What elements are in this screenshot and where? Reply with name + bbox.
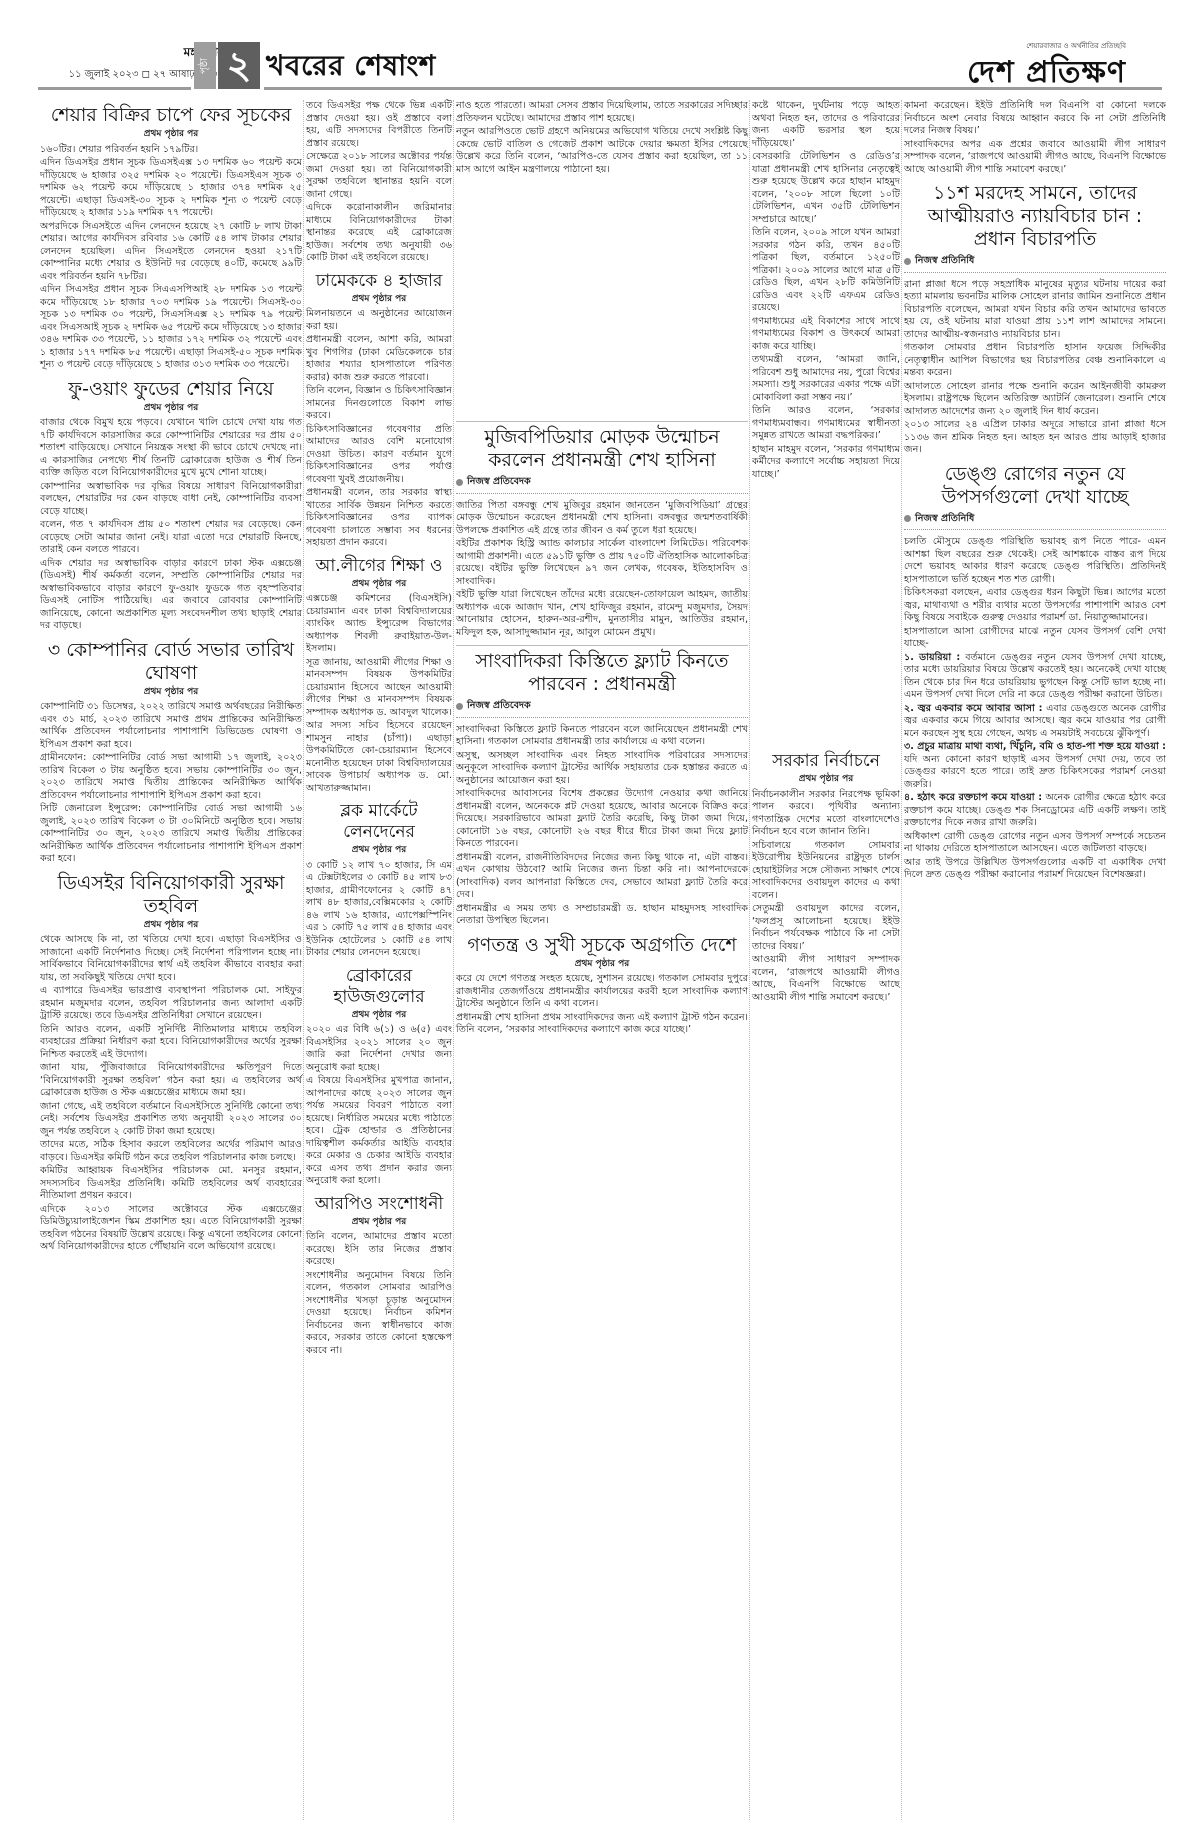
headline[interactable]: সাংবাদিকরা কিস্তিতে ফ্ল্যাট কিনতে পারবেন… <box>456 645 748 696</box>
paragraph: গতকাল সোমবার প্রধান বিচারপতি হাসান ফয়েজ… <box>904 342 1166 380</box>
paragraph: রানা প্লাজা ধসে পড়ে সহস্রাধিক মানুষের ম… <box>904 279 1166 342</box>
continued-from: প্রথম পৃষ্ঠার পর <box>40 128 302 141</box>
divider <box>904 272 1166 273</box>
paragraph: এদিক শেয়ার দর অস্বাভাবিক বাড়ার কারণে ঢ… <box>40 558 302 633</box>
continued-from: প্রথম পৃষ্ঠার পর <box>456 958 748 971</box>
column-divider <box>901 100 902 1820</box>
byline: নিজস্ব প্রতিনিধি <box>904 255 1166 268</box>
paragraph: কমিটির আহ্বায়ক বিএসইসির পরিচালক মো. মনস… <box>40 1165 302 1203</box>
headline[interactable]: ঢামেককে ৪ হাজার <box>306 271 452 292</box>
paragraph: এদিকে ২০১৩ সালের অক্টোবরে স্টক এক্সচেঞ্জ… <box>40 1204 302 1254</box>
paragraph: এদিন ডিএসইর প্রধান সূচক ডিএসইএক্স ১৩ দশম… <box>40 157 302 220</box>
headline[interactable]: গণতন্ত্র ও সুখী সূচকে অগ্রগতি দেশে <box>456 934 748 957</box>
paragraph: হাসপাতালে আসা রোগীদের মাঝে নতুন যেসব উপস… <box>904 626 1166 651</box>
paragraph: অসুস্থ, অসচ্ছল সাংবাদিক এবং নিহত সাংবাদি… <box>456 750 748 788</box>
paragraph: সংশোধনীর অনুমোদন বিষয়ে তিনি বলেন, গতকাল… <box>306 1270 452 1358</box>
headline[interactable]: আরপিও সংশোধনী <box>306 1194 452 1215</box>
paragraph: এদিকে করোনাকালীন জরিমানার মাধ্যমে বিনিয়… <box>306 202 452 265</box>
story-hasan-quote: কষ্টে থাকেন, দুর্ঘটনায় পড়ে আহত অথবা নি… <box>752 100 900 481</box>
paragraph: নাও হতে পারতো। আমরা সেসব প্রস্তাব দিয়েছ… <box>456 100 748 125</box>
headline[interactable]: ১১শ মরদেহ সামনে, তাদের আত্মীয়রাও ন্যায়… <box>904 182 1166 251</box>
paragraph: সূত্র জানায়, আওয়ামী লীগের শিক্ষা ও মান… <box>306 657 452 720</box>
continued-from: প্রথম পৃষ্ঠার পর <box>40 919 302 932</box>
headline[interactable]: সরকার নির্বাচনে <box>752 751 900 772</box>
headline[interactable]: ডেঙ্গু রোগের নতুন যে উপসর্গগুলো দেখা যাচ… <box>904 463 1166 509</box>
column-5: কামনা করেছেন। ইইউ প্রতিনিধি দল বিএনপি বা… <box>904 100 1166 888</box>
paragraph: তাদের মতে, সঠিক হিসাব করলে তহবিলের অর্থে… <box>40 1139 302 1164</box>
column-divider <box>749 100 750 1820</box>
paragraph: চিকিৎসাবিজ্ঞানের গবেষণার প্রতি আমাদের আর… <box>306 424 452 487</box>
page-label: পৃষ্ঠা <box>194 42 216 89</box>
paragraph: তিনি আরও বলেন, একটি সুনির্দিষ্ট নীতিমালা… <box>40 1024 302 1062</box>
continued-from: প্রথম পৃষ্ঠার পর <box>306 844 452 857</box>
paragraph: বাজার থেকে বিমুখ হয়ে পড়বে। যেখানে খালি… <box>40 417 302 480</box>
paragraph: প্রধানমন্ত্রী বলেন, রাজনীতিবিদদের নিজের … <box>456 852 748 902</box>
headline[interactable]: শেয়ার বিক্রির চাপে ফের সূচকের <box>40 104 302 127</box>
headline[interactable]: ডিএসইর বিনিয়োগকারী সুরক্ষা তহবিল <box>40 872 302 918</box>
story-block-market: ব্লক মার্কেটে লেনদেনের প্রথম পৃষ্ঠার পর … <box>306 801 452 960</box>
paragraph: করে যে দেশে গণতন্ত্র সংহত হয়েছে, সুশাসন… <box>456 973 748 1011</box>
divider <box>456 717 748 718</box>
paragraph: বইটির প্রকাশক হিস্ট্রি অ্যান্ড কালচার সা… <box>456 538 748 588</box>
symptom-title: ৪. হঠাৎ করে রক্তচাপ কমে যাওয়া : <box>904 792 1042 803</box>
headline[interactable]: মুজিবপিডিয়ার মোড়ক উন্মোচন করলেন প্রধান… <box>456 421 748 472</box>
paragraph: প্রধানমন্ত্রীর এ সময় তথ্য ও সম্প্রচারমন… <box>456 903 748 928</box>
paragraph: তিনি বলেন, ২০০৯ সালে যখন আমরা সরকার গঠন … <box>752 227 900 315</box>
story-govt-election: সরকার নির্বাচনে প্রথম পৃষ্ঠার পর নির্বাচ… <box>752 751 900 1004</box>
headline[interactable]: ব্রোকারের হাউজগুলোর <box>306 966 452 1008</box>
paragraph: কোম্পানির অস্বাভাবিক দর বৃদ্ধির বিষয়ে স… <box>40 481 302 519</box>
story-investor-fund: ডিএসইর বিনিয়োগকারী সুরক্ষা তহবিল প্রথম … <box>40 872 302 1254</box>
continued-from: প্রথম পৃষ্ঠার পর <box>306 578 452 591</box>
section-title: খবরের শেষাংশ <box>266 44 436 91</box>
paragraph: আদালতে সোহেল রানার পক্ষে শুনানি করেন আইন… <box>904 381 1166 419</box>
paragraph: অপরদিকে সিএসইতে এদিন লেনদেন হয়েছে ২৭ কো… <box>40 221 302 284</box>
paragraph: গ্রামীনফোন: কোম্পানিটির বোর্ড সভা আগামী … <box>40 752 302 802</box>
paragraph: এদিন সিএসইর প্রধান সূচক সিএএসপিআই ২৮ দশম… <box>40 284 302 372</box>
paragraph: ২০১৩ সালের ২৪ এপ্রিল ঢাকার অদূরে সাভারে … <box>904 419 1166 457</box>
story-ec-continued: কামনা করেছেন। ইইউ প্রতিনিধি দল বিএনপি বা… <box>904 100 1166 176</box>
column-divider <box>453 100 454 1820</box>
story-share-sale: শেয়ার বিক্রির চাপে ফের সূচকের প্রথম পৃষ… <box>40 104 302 372</box>
symptom-point: ৩. প্রচুর মাত্রায় মাথা ব্যথা, খিঁচুনি, … <box>904 741 1166 791</box>
paragraph: হাছান মাহমুদ বলেন, ‘সরকার গণমাধ্যম কর্মী… <box>752 444 900 482</box>
story-journalists-flat: সাংবাদিকরা কিস্তিতে ফ্ল্যাট কিনতে পারবেন… <box>456 645 748 928</box>
paragraph: মিলনায়তনে এ অনুষ্ঠানের আয়োজন করা হয়। <box>306 308 452 333</box>
paragraph: চিকিৎসকরা বলছেন, এবার ডেঙ্গুর ধরন কিছুটা… <box>904 587 1166 625</box>
story-democracy: গণতন্ত্র ও সুখী সূচকে অগ্রগতি দেশে প্রথম… <box>456 934 748 1037</box>
story-mujibpedia: নাও হতে পারতো। আমরা সেসব প্রস্তাব দিয়েছ… <box>456 100 748 639</box>
paragraph: প্রধানমন্ত্রী বলেন, তার সরকার স্বাস্থ্য … <box>306 487 452 550</box>
continued-from: প্রথম পৃষ্ঠার পর <box>40 402 302 415</box>
byline-text: নিজস্ব প্রতিনিধি <box>915 255 974 268</box>
paragraph: সাংবাদিকদের অপর এক প্রশ্নের জবাবে আওয়াম… <box>904 139 1166 177</box>
paragraph: তিনি আরও বলেন, ‘সরকার গণমাধ্যমবান্ধব। গণ… <box>752 405 900 443</box>
paragraph: এ ব্যাপারে ডিএসইর ভারপ্রাপ্ত ব্যবস্থাপনা… <box>40 985 302 1023</box>
column-divider <box>303 100 304 1820</box>
paragraph: বেসরকারি টেলিভিশন ও রেডিও’র যাত্রা প্রধা… <box>752 151 900 226</box>
story-investor-fund-cont: তবে ডিএসইর পক্ষ থেকে ভিন্ন একটি প্রস্তাব… <box>306 100 452 265</box>
paragraph: বইটি ভুক্তি যারা লিখেছেন তাঁদের মধ্যে রয… <box>456 589 748 639</box>
divider <box>904 529 1166 530</box>
paragraph: থেকে আসছে কি না, তা খতিয়ে দেখা হবে। এছা… <box>40 934 302 984</box>
paragraph: জানা গেছে, এই তহবিলে বর্তমানে বিএসইসিতে … <box>40 1101 302 1139</box>
byline: নিজস্ব প্রতিবেদক <box>456 476 748 489</box>
paragraph: প্রধানমন্ত্রী বলেন, আশা করি, আমরা খুব শি… <box>306 334 452 384</box>
paragraph: তথ্যমন্ত্রী বলেন, ‘আমরা জানি, পরিবেশ শুধ… <box>752 354 900 404</box>
paragraph: কষ্টে থাকেন, দুর্ঘটনায় পড়ে আহত অথবা নি… <box>752 100 900 150</box>
paragraph: বলেন, গত ৭ কার্যদিবস প্রায় ৫০ শতাংশ শেয… <box>40 519 302 557</box>
paragraph: আর সদস্য সচিব হিসেবে রয়েছেন শামসুন নাহা… <box>306 720 452 795</box>
paragraph: গণমাধ্যমের এই বিকাশের সাথে সাথে গণমাধ্যম… <box>752 316 900 354</box>
paragraph: এক্সচেঞ্জ কমিশনের (বিএসইসি) চেয়ারম্যান … <box>306 593 452 656</box>
page-number: ২ <box>218 42 260 89</box>
paragraph: আর তাই উপরে উল্লিখিত উপসর্গগুলোর একটি বা… <box>904 857 1166 882</box>
column-1: শেয়ার বিক্রির চাপে ফের সূচকের প্রথম পৃষ… <box>40 100 302 1260</box>
symptom-title: ১. ডায়রিয়া : <box>904 652 960 663</box>
paragraph: তিনি বলেন, বিজ্ঞান ও চিকিৎসাবিজ্ঞান সামন… <box>306 385 452 423</box>
paragraph: প্রধানমন্ত্রী শেখ হাসিনা প্রথম সাংবাদিকদ… <box>456 1012 748 1037</box>
byline-text: নিজস্ব প্রতিনিধি <box>915 513 974 526</box>
paragraph: ২০২০ এর বিধি ৬(১) ও ৬(৫) এবং বিএসইসির ২০… <box>306 1024 452 1074</box>
paragraph: ১৬০টির। শেয়ার পরিবর্তন হয়নি ১৭৯টির। <box>40 144 302 157</box>
continued-from: প্রথম পৃষ্ঠার পর <box>306 293 452 306</box>
paragraph: তবে ডিএসইর পক্ষ থেকে ভিন্ন একটি প্রস্তাব… <box>306 100 452 150</box>
paragraph: সাংবাদিকরা কিস্তিতে ফ্ল্যাট কিনতে পারবেন… <box>456 724 748 749</box>
paragraph: কামনা করেছেন। ইইউ প্রতিনিধি দল বিএনপি বা… <box>904 100 1166 138</box>
continued-from: প্রথম পৃষ্ঠার পর <box>306 1216 452 1229</box>
paragraph: নির্বাচনকালীন সরকার নিরপেক্ষ ভূমিকা পালন… <box>752 789 900 839</box>
paragraph: সেক্ষেত্রে ২০১৮ সালের অক্টোবর পর্যন্ত জম… <box>306 151 452 201</box>
masthead: মঙ্গলবার ১১ জুলাই ২০২৩ ◻ ২৭ আষাঢ় ১৪৩০ প… <box>38 40 1162 90</box>
paragraph: কোম্পানিটি ৩১ ডিসেম্বর, ২০২২ তারিখে সমাপ… <box>40 701 302 751</box>
byline-text: নিজস্ব প্রতিবেদক <box>467 476 531 489</box>
byline-bullet-icon <box>904 515 911 522</box>
symptom-title: ৩. প্রচুর মাত্রায় মাথা ব্যথা, খিঁচুনি, … <box>904 741 1166 752</box>
symptom-text: যদি অন্য কোনো কারণ ছাড়াই এসব উপসর্গ দেখ… <box>904 754 1166 790</box>
paragraph: সেতুমন্ত্রী ওবায়দুল কাদের বলেন, ‘ফলপ্রস… <box>752 903 900 953</box>
story-dmc: ঢামেককে ৪ হাজার প্রথম পৃষ্ঠার পর মিলনায়… <box>306 271 452 550</box>
paragraph: জাতির পিতা বঙ্গবন্ধু শেখ মুজিবুর রহমান জ… <box>456 500 748 538</box>
story-fu-wang: ফু-ওয়াং ফুডের শেয়ার নিয়ে প্রথম পৃষ্ঠা… <box>40 378 302 633</box>
byline: নিজস্ব প্রতিনিধি <box>904 513 1166 526</box>
paragraph: সচিবালয়ে গতকাল সোমবার ইউরোপীয় ইউনিয়নে… <box>752 840 900 903</box>
byline-bullet-icon <box>456 479 463 486</box>
story-board-meeting: ৩ কোম্পানির বোর্ড সভার তারিখ ঘোষণা প্রথম… <box>40 639 302 866</box>
byline-bullet-icon <box>456 703 463 710</box>
paragraph: ৩ কোটি ১২ লাখ ৭০ হাজার, সি এম এ টেক্সটাই… <box>306 860 452 960</box>
masthead-rule-left <box>38 87 191 90</box>
symptom-title: ২. জ্বর একবার কমে আবার আসা : <box>904 703 1042 714</box>
byline-text: নিজস্ব প্রতিবেদক <box>467 700 531 713</box>
paragraph: আওয়ামী লীগ সাধারণ সম্পাদক বলেন, ‘রাজপথে… <box>752 954 900 1004</box>
headline[interactable]: আ.লীগের শিক্ষা ও <box>306 556 452 577</box>
paragraph: চলতি মৌসুমে ডেঙ্গু পরিস্থিতি ভয়াবহ রূপ … <box>904 536 1166 586</box>
story-rpo-amend: আরপিও সংশোধনী প্রথম পৃষ্ঠার পর তিনি বলেন… <box>306 1194 452 1358</box>
symptom-point: ১. ডায়রিয়া : বর্তমানে ডেঙ্গুর নতুন যেস… <box>904 652 1166 702</box>
column-2: তবে ডিএসইর পক্ষ থেকে ভিন্ন একটি প্রস্তাব… <box>306 100 452 1363</box>
symptom-point: ২. জ্বর একবার কমে আবার আসা : এবার ডেঙ্গু… <box>904 703 1166 741</box>
paragraph: জানা যায়, পুঁজিবাজারে বিনিয়োগকারীদের ক… <box>40 1062 302 1100</box>
paragraph: অধিকাংশ রোগী ডেঙ্গু রোগের নতুন এসব উপসর্… <box>904 831 1166 856</box>
story-al-education: আ.লীগের শিক্ষা ও প্রথম পৃষ্ঠার পর এক্সচে… <box>306 556 452 796</box>
column-3: নাও হতে পারতো। আমরা সেসব প্রস্তাব দিয়েছ… <box>456 100 748 1043</box>
column-4: কষ্টে থাকেন, দুর্ঘটনায় পড়ে আহত অথবা নি… <box>752 100 900 1010</box>
paragraph: নতুন আরপিওতে ভোট গ্রহণে অনিয়মের অভিযোগ … <box>456 126 748 176</box>
byline: নিজস্ব প্রতিবেদক <box>456 700 748 713</box>
continued-from: প্রথম পৃষ্ঠার পর <box>752 773 900 786</box>
paragraph: সিটি জেনারেল ইন্সুরেন্স: কোম্পানিটির বোর… <box>40 803 302 866</box>
divider <box>456 493 748 494</box>
story-chief-justice: ১১শ মরদেহ সামনে, তাদের আত্মীয়রাও ন্যায়… <box>904 182 1166 457</box>
story-brokerage: ব্রোকারের হাউজগুলোর প্রথম পৃষ্ঠার পর ২০২… <box>306 966 452 1188</box>
paragraph: সাংবাদিকদের আবাসনের বিশেষ প্রকল্পের উদ্য… <box>456 788 748 851</box>
symptom-point: ৪. হঠাৎ করে রক্তচাপ কমে যাওয়া : অনেক রো… <box>904 792 1166 830</box>
paragraph: তিনি বলেন, আমাদের প্রস্তাব মতো করেছে। ইস… <box>306 1231 452 1269</box>
headline[interactable]: ব্লক মার্কেটে লেনদেনের <box>306 801 452 843</box>
headline[interactable]: ৩ কোম্পানির বোর্ড সভার তারিখ ঘোষণা <box>40 639 302 685</box>
brand-logo: দেশ প্রতিক্ষণ <box>967 48 1126 99</box>
headline[interactable]: ফু-ওয়াং ফুডের শেয়ার নিয়ে <box>40 378 302 401</box>
paragraph: এ বিষয়ে বিএসইসির মুখপাত্র জানান, আপনাদে… <box>306 1075 452 1188</box>
spacer <box>456 177 748 417</box>
byline-bullet-icon <box>904 258 911 265</box>
continued-from: প্রথম পৃষ্ঠার পর <box>306 1009 452 1022</box>
continued-from: প্রথম পৃষ্ঠার পর <box>40 686 302 699</box>
story-dengue: ডেঙ্গু রোগের নতুন যে উপসর্গগুলো দেখা যাচ… <box>904 463 1166 882</box>
spacer <box>752 487 900 747</box>
